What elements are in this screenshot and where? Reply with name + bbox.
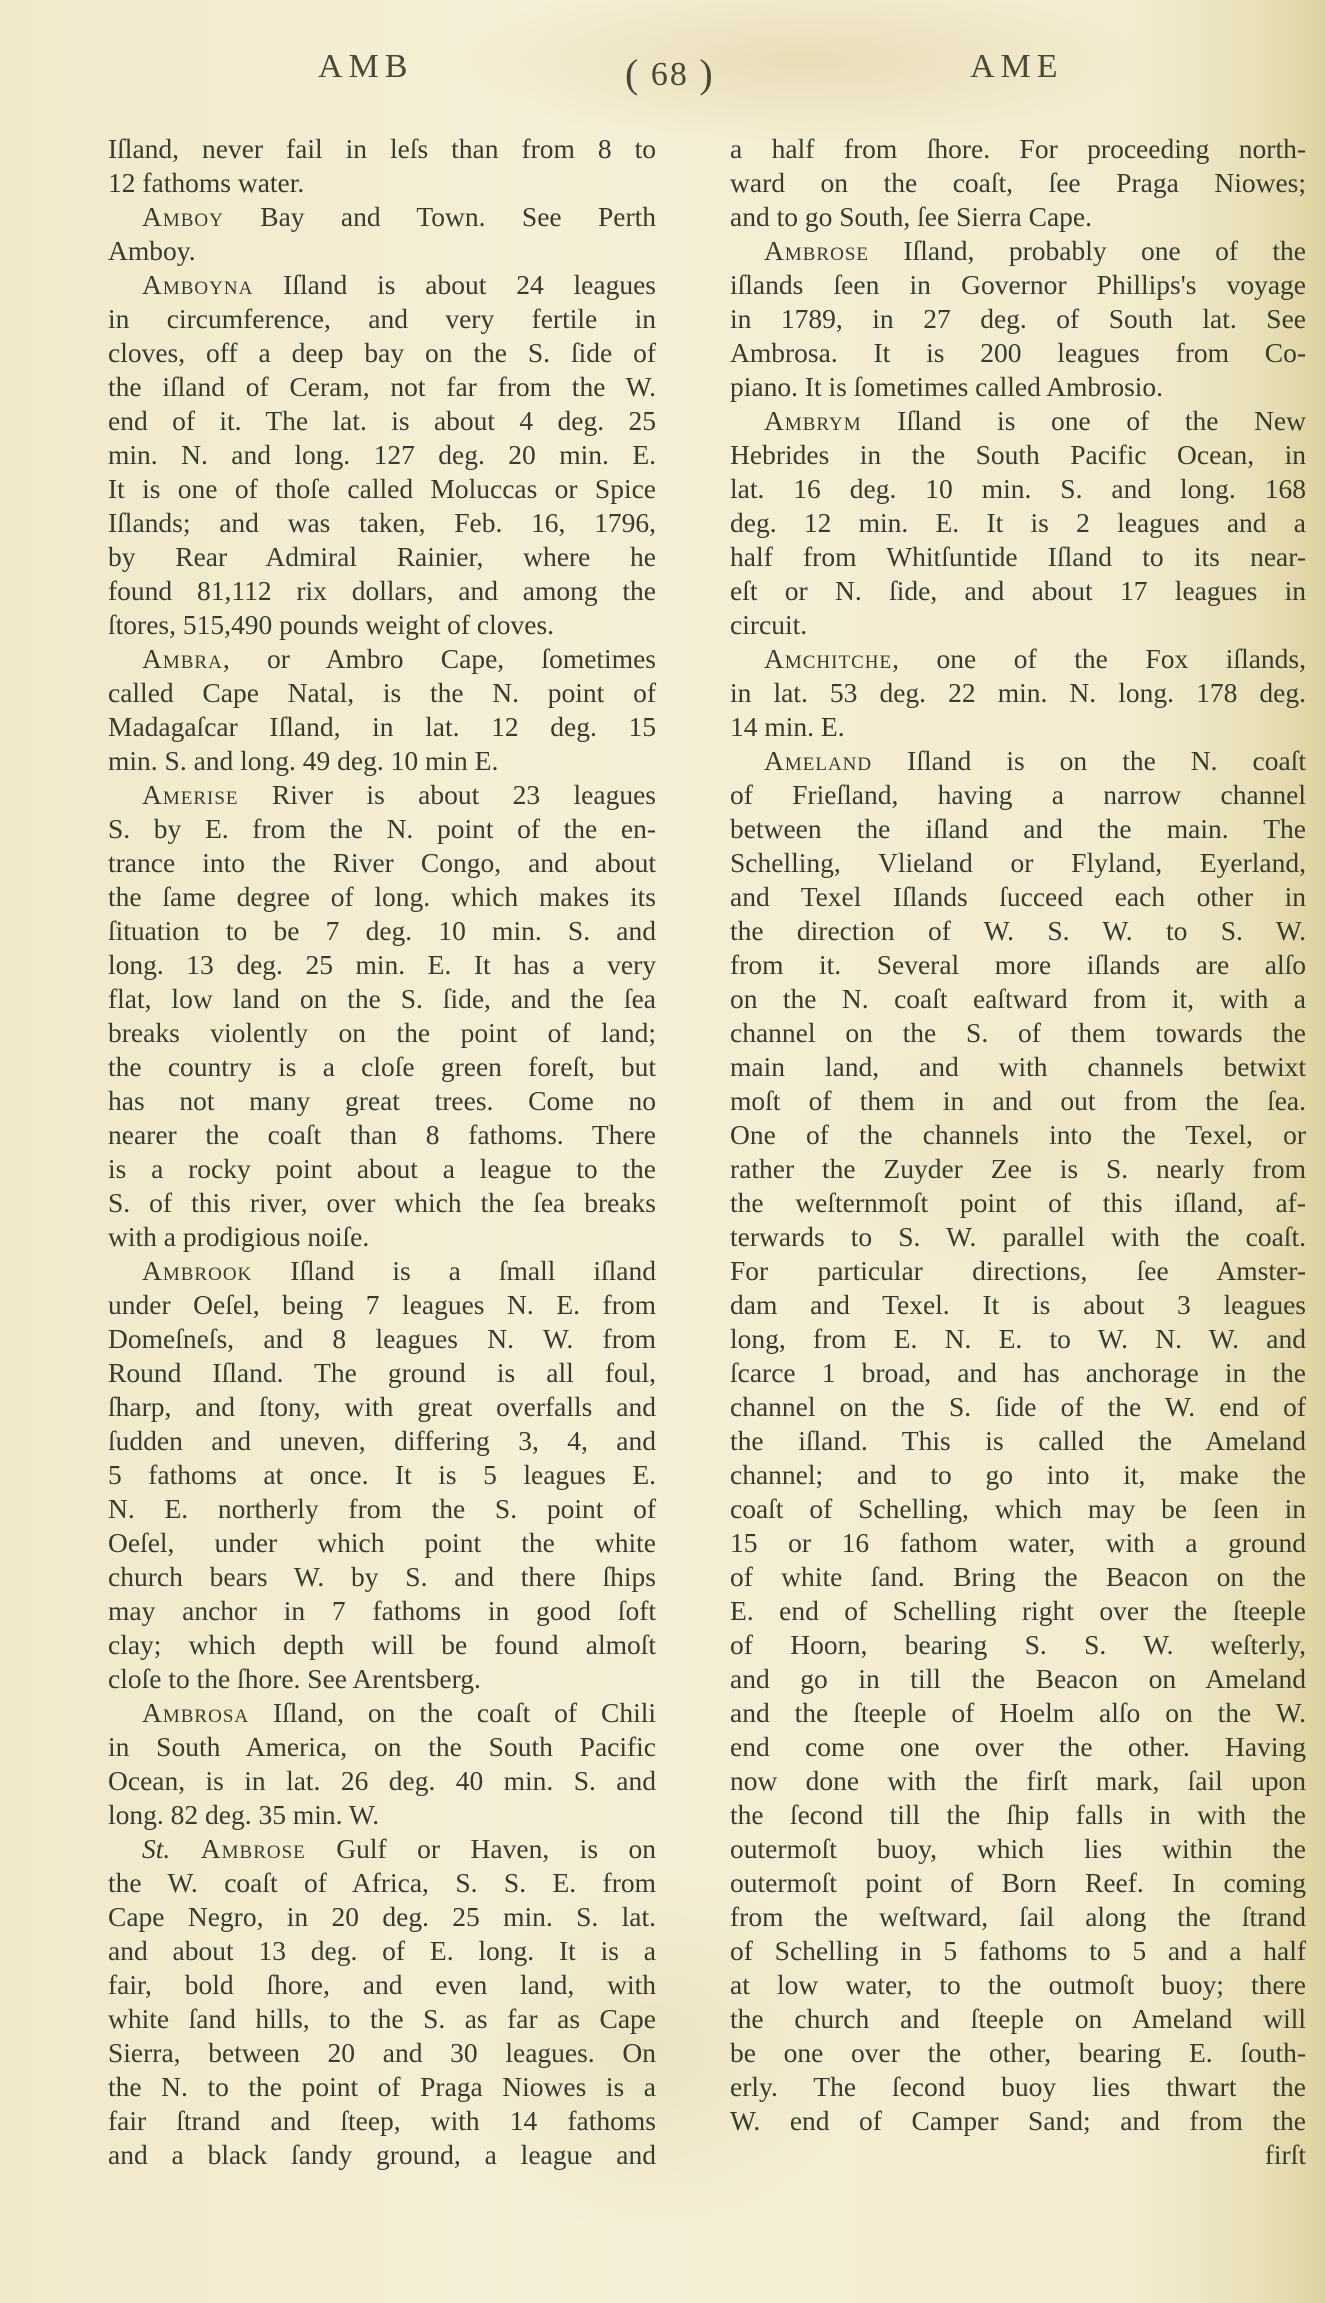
entry-headword: Ambrose	[201, 1833, 306, 1864]
entry-headword-line: Ambra, or Ambro Cape, ſometimes	[108, 642, 656, 676]
catchword: firſt	[730, 2138, 1306, 2172]
text-line: For particular directions, ſee Amster-	[730, 1254, 1306, 1288]
text-line: the W. coaſt of Africa, S. S. E. from	[108, 1866, 656, 1900]
text-line: lat. 16 deg. 10 min. S. and long. 168	[730, 472, 1306, 506]
text-line: Sierra, between 20 and 30 leagues. On	[108, 2036, 656, 2070]
text-line: circuit.	[730, 608, 1306, 642]
text-line: the ſame degree of long. which makes its	[108, 880, 656, 914]
text-line: of Frieſland, having a narrow channel	[730, 778, 1306, 812]
text-line: 5 fathoms at once. It is 5 leagues E.	[108, 1458, 656, 1492]
text-column-right: a half from ſhore. For proceeding north-…	[730, 132, 1306, 2172]
text-line: and a black ſandy ground, a league and	[108, 2138, 656, 2172]
entry-headword: Amboyna	[142, 269, 253, 300]
entry-headword-line: Ameland Iſland is on the N. coaſt	[730, 744, 1306, 778]
entry-headword: Ambrook	[142, 1255, 252, 1286]
text-line: called Cape Natal, is the N. point of	[108, 676, 656, 710]
text-line: between the iſland and the main. The	[730, 812, 1306, 846]
text-line: dam and Texel. It is about 3 leagues	[730, 1288, 1306, 1322]
text-line: in 1789, in 27 deg. of South lat. See	[730, 302, 1306, 336]
text-line: in lat. 53 deg. 22 min. N. long. 178 deg…	[730, 676, 1306, 710]
text-line: end come one over the other. Having	[730, 1730, 1306, 1764]
text-line: of Hoorn, bearing S. S. W. weſterly,	[730, 1628, 1306, 1662]
text-line: found 81,112 rix dollars, and among the	[108, 574, 656, 608]
text-line: ſtores, 515,490 pounds weight of cloves.	[108, 608, 656, 642]
text-column-left: Iſland, never fail in leſs than from 8 t…	[108, 132, 656, 2172]
entry-headword-line: Ambrosa Iſland, on the coaſt of Chili	[108, 1696, 656, 1730]
text-line: is a rocky point about a league to the	[108, 1152, 656, 1186]
text-line: from it. Several more iſlands are alſo	[730, 948, 1306, 982]
text-line: long, from E. N. E. to W. N. W. and	[730, 1322, 1306, 1356]
text-line: outermoſt point of Born Reef. In coming	[730, 1866, 1306, 1900]
text-line: of Schelling in 5 fathoms to 5 and a hal…	[730, 1934, 1306, 1968]
text-line: the ſecond till the ſhip falls in with t…	[730, 1798, 1306, 1832]
text-line: end of it. The lat. is about 4 deg. 25	[108, 404, 656, 438]
text-line: white ſand hills, to the S. as far as Ca…	[108, 2002, 656, 2036]
text-line: Oeſel, under which point the white	[108, 1526, 656, 1560]
text-line: channel; and to go into it, make the	[730, 1458, 1306, 1492]
text-line: moſt of them in and out from the ſea.	[730, 1084, 1306, 1118]
text-line: min. N. and long. 127 deg. 20 min. E.	[108, 438, 656, 472]
text-line: ſudden and uneven, differing 3, 4, and	[108, 1424, 656, 1458]
text-line: piano. It is ſometimes called Ambrosio.	[730, 370, 1306, 404]
text-line: half from Whitſuntide Iſland to its near…	[730, 540, 1306, 574]
text-line: and go in till the Beacon on Ameland	[730, 1662, 1306, 1696]
entry-headword-line: Ambrym Iſland is one of the New	[730, 404, 1306, 438]
text-line: the country is a cloſe green foreſt, but	[108, 1050, 656, 1084]
text-line: church bears W. by S. and there ſhips	[108, 1560, 656, 1594]
text-line: be one over the other, bearing E. ſouth-	[730, 2036, 1306, 2070]
text-line: Iſland, never fail in leſs than from 8 t…	[108, 132, 656, 166]
text-line: on the N. coaſt eaſtward from it, with a	[730, 982, 1306, 1016]
text-line: ward on the coaſt, ſee Praga Niowes;	[730, 166, 1306, 200]
entry-headword: Amboy	[142, 201, 224, 232]
text-line: eſt or N. ſide, and about 17 leagues in	[730, 574, 1306, 608]
text-line: and the ſteeple of Hoelm alſo on the W.	[730, 1696, 1306, 1730]
text-line: under Oeſel, being 7 leagues N. E. from	[108, 1288, 656, 1322]
text-line: ſharp, and ſtony, with great overfalls a…	[108, 1390, 656, 1424]
text-line: It is one of thoſe called Moluccas or Sp…	[108, 472, 656, 506]
entry-headword: Ameland	[764, 745, 872, 776]
text-line: rather the Zuyder Zee is S. nearly from	[730, 1152, 1306, 1186]
text-line: Amboy.	[108, 234, 656, 268]
text-line: long. 13 deg. 25 min. E. It has a very	[108, 948, 656, 982]
entry-headword-line: Ambrose Iſland, probably one of the	[730, 234, 1306, 268]
text-line: channel on the S. ſide of the W. end of	[730, 1390, 1306, 1424]
entry-headword: Amerise	[142, 779, 239, 810]
text-line: outermoſt buoy, which lies within the	[730, 1832, 1306, 1866]
text-line: erly. The ſecond buoy lies thwart the	[730, 2070, 1306, 2104]
text-line: from the weſtward, ſail along the ſtrand	[730, 1900, 1306, 1934]
entry-headword-line: St. Ambrose Gulf or Haven, is on	[108, 1832, 656, 1866]
text-line: cloſe to the ſhore. See Arentsberg.	[108, 1662, 656, 1696]
text-line: the weſternmoſt point of this iſland, af…	[730, 1186, 1306, 1220]
text-line: Iſlands; and was taken, Feb. 16, 1796,	[108, 506, 656, 540]
text-line: the N. to the point of Praga Niowes is a	[108, 2070, 656, 2104]
text-line: terwards to S. W. parallel with the coaſ…	[730, 1220, 1306, 1254]
entry-headword: Ambrosa	[142, 1697, 249, 1728]
text-line: cloves, off a deep bay on the S. ſide of	[108, 336, 656, 370]
text-line: S. by E. from the N. point of the en-	[108, 812, 656, 846]
text-line: Madagaſcar Iſland, in lat. 12 deg. 15	[108, 710, 656, 744]
text-line: now done with the firſt mark, ſail upon	[730, 1764, 1306, 1798]
text-line: in circumference, and very fertile in	[108, 302, 656, 336]
text-line: long. 82 deg. 35 min. W.	[108, 1798, 656, 1832]
text-line: the iſland of Ceram, not far from the W.	[108, 370, 656, 404]
text-line: main land, and with channels betwixt	[730, 1050, 1306, 1084]
header-right-guide-word: AME	[970, 48, 1064, 86]
text-line: may anchor in 7 fathoms in good ſoft	[108, 1594, 656, 1628]
header-left-guide-word: AMB	[318, 48, 413, 86]
text-line: Ocean, is in lat. 26 deg. 40 min. S. and	[108, 1764, 656, 1798]
text-line: ſcarce 1 broad, and has anchorage in the	[730, 1356, 1306, 1390]
text-line: S. of this river, over which the ſea bre…	[108, 1186, 656, 1220]
page-number-value: 68	[651, 56, 689, 93]
text-line: with a prodigious noiſe.	[108, 1220, 656, 1254]
text-line: Hebrides in the South Pacific Ocean, in	[730, 438, 1306, 472]
text-line: 12 fathoms water.	[108, 166, 656, 200]
text-line: Cape Negro, in 20 deg. 25 min. S. lat.	[108, 1900, 656, 1934]
entry-headword: Ambrose	[764, 235, 869, 266]
entry-headword-line: Ambrook Iſland is a ſmall iſland	[108, 1254, 656, 1288]
page-number: ( 68 )	[625, 48, 715, 95]
text-line: by Rear Admiral Rainier, where he	[108, 540, 656, 574]
text-line: of white ſand. Bring the Beacon on the	[730, 1560, 1306, 1594]
text-line: nearer the coaſt than 8 fathoms. There	[108, 1118, 656, 1152]
text-line: channel on the S. of them towards the	[730, 1016, 1306, 1050]
entry-headword-line: Amboy Bay and Town. See Perth	[108, 200, 656, 234]
running-header: AMB ( 68 ) AME	[0, 48, 1325, 98]
text-line: the church and ſteeple on Ameland will	[730, 2002, 1306, 2036]
text-line: ſituation to be 7 deg. 10 min. S. and	[108, 914, 656, 948]
text-line: at low water, to the outmoſt buoy; there	[730, 1968, 1306, 2002]
text-line: fair, bold ſhore, and even land, with	[108, 1968, 656, 2002]
entry-headword-line: Amchitche, one of the Fox iſlands,	[730, 642, 1306, 676]
text-line: E. end of Schelling right over the ſteep…	[730, 1594, 1306, 1628]
text-line: clay; which depth will be found almoſt	[108, 1628, 656, 1662]
text-line: and to go South, ſee Sierra Cape.	[730, 200, 1306, 234]
text-line: 14 min. E.	[730, 710, 1306, 744]
text-line: coaſt of Schelling, which may be ſeen in	[730, 1492, 1306, 1526]
text-line: Round Iſland. The ground is all foul,	[108, 1356, 656, 1390]
text-line: the iſland. This is called the Ameland	[730, 1424, 1306, 1458]
text-line: has not many great trees. Come no	[108, 1084, 656, 1118]
text-line: a half from ſhore. For proceeding north-	[730, 132, 1306, 166]
text-line: breaks violently on the point of land;	[108, 1016, 656, 1050]
text-line: N. E. northerly from the S. point of	[108, 1492, 656, 1526]
text-line: the direction of W. S. W. to S. W.	[730, 914, 1306, 948]
text-line: trance into the River Congo, and about	[108, 846, 656, 880]
text-line: in South America, on the South Pacific	[108, 1730, 656, 1764]
text-line: W. end of Camper Sand; and from the	[730, 2104, 1306, 2138]
text-line: flat, low land on the S. ſide, and the ſ…	[108, 982, 656, 1016]
text-line: and about 13 deg. of E. long. It is a	[108, 1934, 656, 1968]
text-line: 15 or 16 fathom water, with a ground	[730, 1526, 1306, 1560]
entry-headword: Ambra	[142, 643, 223, 674]
text-line: iſlands ſeen in Governor Phillips's voya…	[730, 268, 1306, 302]
text-line: One of the channels into the Texel, or	[730, 1118, 1306, 1152]
text-line: Schelling, Vlieland or Flyland, Eyerland…	[730, 846, 1306, 880]
entry-headword-line: Amerise River is about 23 leagues	[108, 778, 656, 812]
text-line: and Texel Iſlands ſucceed each other in	[730, 880, 1306, 914]
saint-prefix: St.	[142, 1833, 201, 1864]
text-line: min. S. and long. 49 deg. 10 min E.	[108, 744, 656, 778]
text-line: fair ſtrand and ſteep, with 14 fathoms	[108, 2104, 656, 2138]
entry-headword-line: Amboyna Iſland is about 24 leagues	[108, 268, 656, 302]
text-line: deg. 12 min. E. It is 2 leagues and a	[730, 506, 1306, 540]
entry-headword: Amchitche	[764, 643, 892, 674]
text-line: Ambrosa. It is 200 leagues from Co-	[730, 336, 1306, 370]
entry-headword: Ambrym	[764, 405, 862, 436]
text-line: Domeſneſs, and 8 leagues N. W. from	[108, 1322, 656, 1356]
